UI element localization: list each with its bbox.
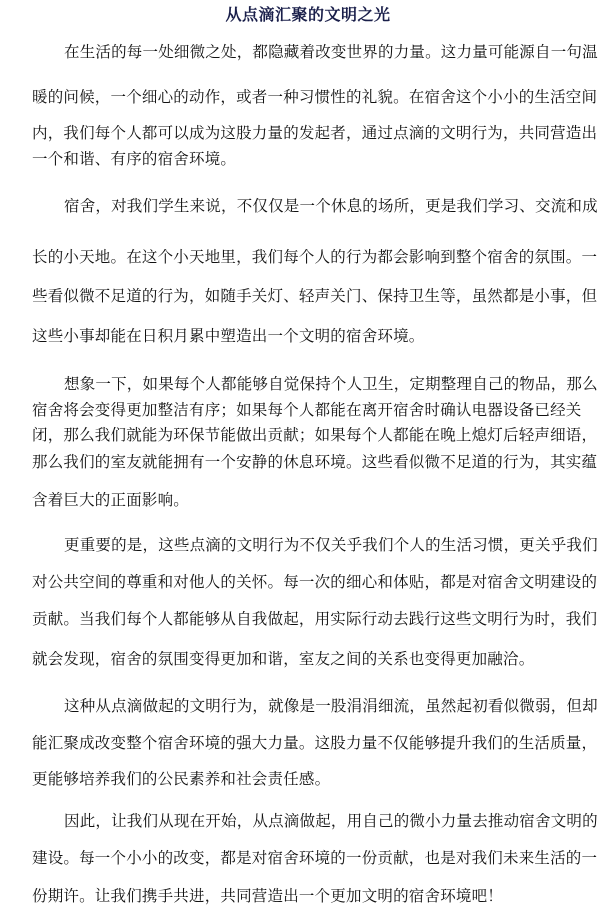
document-page: 从点滴汇聚的文明之光 在生活的每一处细微之处，都隐藏着改变世界的力量。这力量可能…: [0, 0, 616, 915]
text-line: 长的小天地。在这个小天地里，我们每个人的行为都会影响到整个宿舍的氛围。一: [32, 247, 592, 267]
text-line: 更重要的是，这些点滴的文明行为不仅关乎我们个人的生活习惯，更关乎我们: [64, 535, 616, 555]
text-line: 一个和谐、有序的宿舍环境。: [32, 149, 592, 169]
document-title: 从点滴汇聚的文明之光: [0, 2, 616, 25]
text-line: 建设。每一个小小的改变，都是对宿舍环境的一份贡献，也是对我们未来生活的一: [32, 848, 592, 868]
text-line: 闭，那么我们就能为环保节能做出贡献；如果每个人都能在晚上熄灯后轻声细语，: [32, 425, 592, 445]
text-line: 贡献。当我们每个人都能够从自我做起，用实际行动去践行这些文明行为时，我们: [32, 609, 592, 629]
text-line: 因此，让我们从现在开始，从点滴做起，用自己的微小力量去推动宿舍文明的: [64, 811, 616, 831]
text-line: 含着巨大的正面影响。: [32, 490, 592, 510]
text-line: 能汇聚成改变整个宿舍环境的强大力量。这股力量不仅能够提升我们的生活质量，: [32, 733, 592, 753]
text-line: 更能够培养我们的公民素养和社会责任感。: [32, 769, 592, 789]
text-line: 份期许。让我们携手共进，共同营造出一个更加文明的宿舍环境吧！: [32, 886, 592, 906]
text-line: 内，我们每个人都可以成为这股力量的发起者，通过点滴的文明行为，共同营造出: [32, 123, 592, 143]
text-line: 宿舍，对我们学生来说，不仅仅是一个休息的场所，更是我们学习、交流和成: [64, 196, 616, 216]
text-line: 些看似微不足道的行为，如随手关灯、轻声关门、保持卫生等，虽然都是小事，但: [32, 286, 592, 306]
text-line: 那么我们的室友就能拥有一个安静的休息环境。这些看似微不足道的行为，其实蕴: [32, 452, 592, 472]
text-line: 想象一下，如果每个人都能够自觉保持个人卫生，定期整理自己的物品，那么: [64, 374, 616, 394]
text-line: 宿舍将会变得更加整洁有序；如果每个人都能在离开宿舍时确认电器设备已经关: [32, 400, 592, 420]
text-line: 这些小事却能在日积月累中塑造出一个文明的宿舍环境。: [32, 326, 592, 346]
text-line: 在生活的每一处细微之处，都隐藏着改变世界的力量。这力量可能源自一句温: [64, 42, 616, 62]
text-line: 暖的问候，一个细心的动作，或者一种习惯性的礼貌。在宿舍这个小小的生活空间: [32, 87, 592, 107]
text-line: 对公共空间的尊重和对他人的关怀。每一次的细心和体贴，都是对宿舍文明建设的: [32, 572, 592, 592]
text-line: 就会发现，宿舍的氛围变得更加和谐，室友之间的关系也变得更加融洽。: [32, 649, 592, 669]
text-line: 这种从点滴做起的文明行为，就像是一股涓涓细流，虽然起初看似微弱，但却: [64, 696, 616, 716]
